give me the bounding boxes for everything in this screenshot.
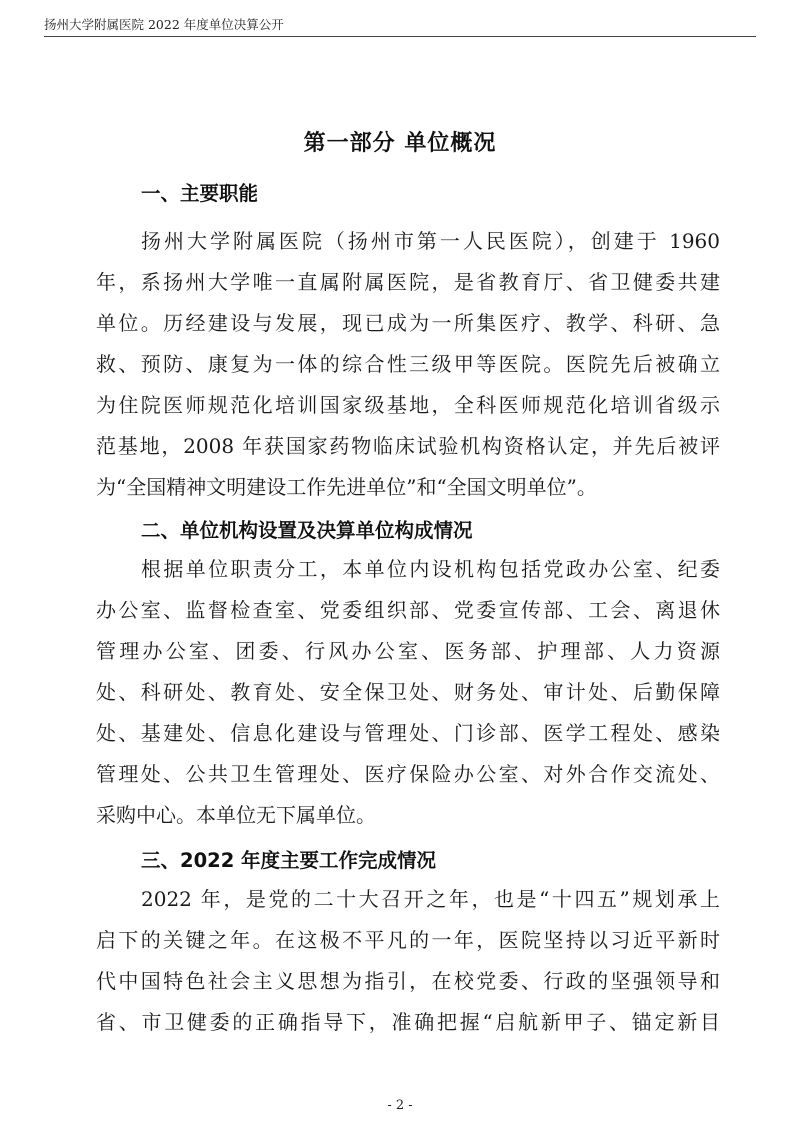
paragraph-line: 处、基建处、信息化建设与管理处、门诊部、医学工程处、感染 <box>96 721 720 745</box>
page-title: 第一部分 单位概况 <box>0 126 800 157</box>
paragraph-line: 为住院医师规范化培训国家级基地，全科医师规范化培训省级示 <box>96 393 720 417</box>
paragraph-line: 处、科研处、教育处、安全保卫处、财务处、审计处、后勤保障 <box>96 680 720 704</box>
paragraph-line: 单位。历经建设与发展，现已成为一所集医疗、教学、科研、急 <box>96 311 720 335</box>
paragraph-line: 救、预防、康复为一体的综合性三级甲等医院。医院先后被确立 <box>96 352 720 376</box>
paragraph-line: 范基地，2008 年获国家药物临床试验机构资格认定，并先后被评 <box>96 434 720 458</box>
paragraph-line: 启下的关键之年。在这极不平凡的一年，医院坚持以习近平新时 <box>96 928 720 952</box>
paragraph-line: 采购中心。本单位无下属单位。 <box>96 803 720 827</box>
paragraph-line: 2022 年，是党的二十大召开之年，也是“十四五”规划承上 <box>141 887 720 911</box>
paragraph-line: 为“全国精神文明建设工作先进单位”和“全国文明单位”。 <box>96 475 720 499</box>
section-heading-3: 三、2022 年度主要工作完成情况 <box>141 845 436 873</box>
section-heading-1: 一、主要职能 <box>141 178 258 206</box>
paragraph-line: 办公室、监督检查室、党委组织部、党委宣传部、工会、离退休 <box>96 598 720 622</box>
page-number: - 2 - <box>0 1098 800 1113</box>
paragraph-line: 根据单位职责分工，本单位内设机构包括党政办公室、纪委 <box>141 557 720 581</box>
page-header: 扬州大学附属医院 2022 年度单位决算公开 <box>44 14 756 37</box>
paragraph-line: 代中国特色社会主义思想为指引，在校党委、行政的坚强领导和 <box>96 969 720 993</box>
paragraph-line: 管理办公室、团委、行风办公室、医务部、护理部、人力资源 <box>96 639 720 663</box>
paragraph-line: 省、市卫健委的正确指导下，准确把握“启航新甲子、锚定新目 <box>96 1010 720 1034</box>
header-title: 扬州大学附属医院 2022 年度单位决算公开 <box>44 15 284 33</box>
paragraph-line: 管理处、公共卫生管理处、医疗保险办公室、对外合作交流处、 <box>96 762 720 786</box>
paragraph-line: 年，系扬州大学唯一直属附属医院，是省教育厅、省卫健委共建 <box>96 270 720 294</box>
section-heading-2: 二、单位机构设置及决算单位构成情况 <box>141 515 473 543</box>
paragraph-line: 扬州大学附属医院（扬州市第一人民医院），创建于 1960 <box>141 229 720 253</box>
